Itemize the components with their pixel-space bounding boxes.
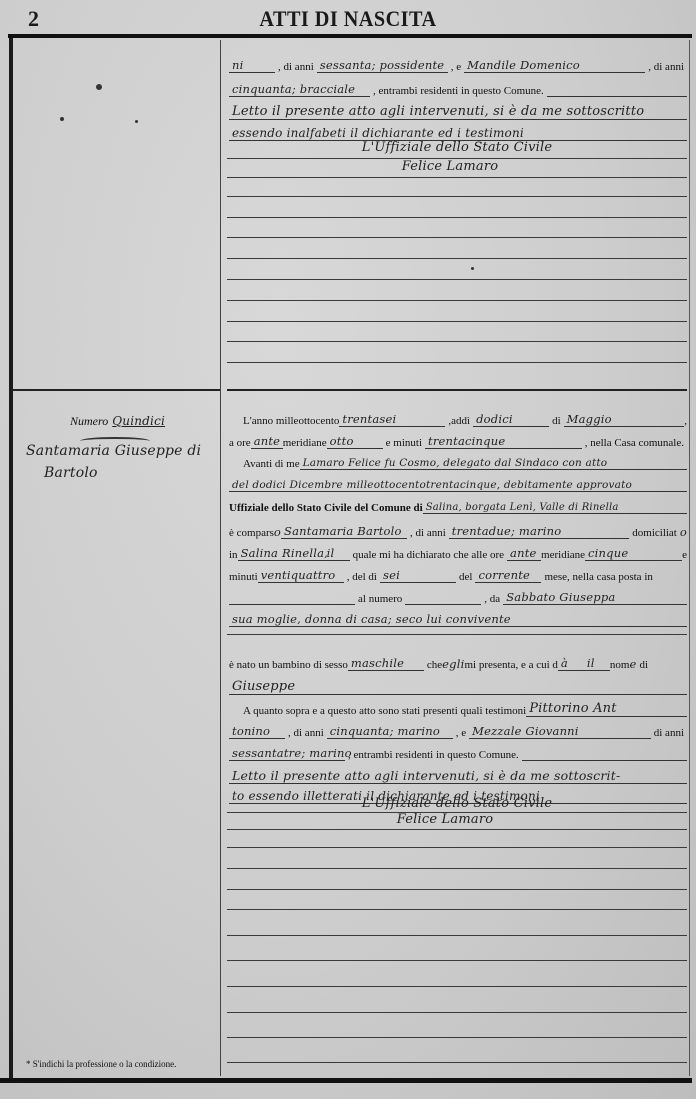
- birth-day-field: sei: [380, 568, 456, 583]
- officer-field: Lamaro Felice fu Cosmo, delegato dal Sin…: [300, 457, 687, 470]
- sex-field: maschile: [348, 656, 424, 671]
- witness2-name: Mandile Domenico: [464, 58, 645, 73]
- label: , e: [453, 727, 469, 739]
- margin-name-line-2: Bartolo: [26, 462, 216, 484]
- record-number: Numero Quindici: [70, 412, 165, 430]
- ruled-line: [227, 868, 687, 869]
- officer-title: L'Uffiziale dello Stato Civile: [227, 796, 687, 811]
- label: L'anno milleottocento: [243, 415, 339, 427]
- blank-fill: [547, 96, 687, 97]
- ruled-line: [227, 829, 687, 830]
- domicile-field: Salina Rinella,: [238, 546, 324, 561]
- prev-fill: ni: [229, 58, 275, 73]
- record-line-10: sua moglie, donna di casa; seco lui conv…: [229, 612, 687, 627]
- month-field: Maggio: [564, 412, 685, 427]
- ruled-line: [227, 986, 687, 987]
- ruled-line: [227, 960, 687, 961]
- witness1-name-field: Pittorino Ant: [526, 701, 687, 717]
- prev-line-1: ni , di anni sessanta; possidente , e Ma…: [229, 58, 687, 73]
- declarant-field: Santamaria Bartolo: [281, 524, 407, 539]
- article-field: il: [324, 546, 350, 561]
- ruled-line: [227, 1012, 687, 1013]
- label: e: [682, 549, 687, 561]
- ampm-field: ante: [251, 434, 283, 449]
- ruled-line: [227, 362, 687, 363]
- comune-field: Salina, borgata Lenì, Valle di Rinella: [423, 502, 687, 514]
- blank-fill: [522, 760, 687, 761]
- house-number-field: [405, 604, 481, 605]
- record-line-8: minuti ventiquattro , del dì sei del cor…: [229, 568, 687, 583]
- label: Uffiziale dello Stato Civile del Comune …: [229, 502, 423, 514]
- ruled-line: [227, 634, 687, 635]
- record-line-4: del dodici Dicembre milleottocentotrenta…: [229, 479, 687, 492]
- label: , di anni: [285, 727, 327, 739]
- prev-officer-name: Felice Lamaro: [220, 159, 680, 174]
- witness2-age-profession: cinquanta; bracciale: [229, 82, 370, 97]
- record-line-14: tonino , di anni cinquanta; marino , e M…: [229, 724, 687, 739]
- ruled-line: [227, 321, 687, 322]
- ruled-line: [227, 847, 687, 848]
- closing-text: Letto il presente atto agli intervenuti,…: [229, 104, 687, 120]
- ruled-line: [227, 177, 687, 178]
- label: minuti: [229, 571, 258, 583]
- label: è nato un bambino di sesso: [229, 659, 348, 671]
- label: di: [637, 659, 652, 671]
- label: a ore: [229, 437, 251, 449]
- witness2-age-field: sessantatre; marino: [229, 746, 345, 761]
- ink-spot: [96, 84, 102, 90]
- witness1-name-cont: tonino: [229, 724, 285, 739]
- label: , nella Casa comunale.: [582, 437, 687, 449]
- record-line-9: al numero , da Sabbato Giuseppa: [229, 590, 687, 605]
- label: al numero: [355, 593, 405, 605]
- footnote: * S'indichi la professione o la condizio…: [26, 1059, 176, 1069]
- closing-text: Letto il presente atto agli intervenuti,…: [229, 768, 687, 784]
- right-border: [689, 40, 690, 1076]
- record-line-5: Uffiziale dello Stato Civile del Comune …: [229, 502, 687, 514]
- numero-label: Numero: [70, 414, 108, 428]
- ruled-line: [227, 1062, 687, 1063]
- label: , di anni: [645, 61, 687, 73]
- witness1-age-field: cinquanta; marino: [327, 724, 453, 739]
- mother-details-field: sua moglie, donna di casa; seco lui conv…: [229, 612, 687, 627]
- record-line-3: Avanti di me Lamaro Felice fu Cosmo, del…: [229, 457, 687, 470]
- year-field: trentasei: [339, 412, 445, 427]
- label: , di anni: [407, 527, 449, 539]
- label: quale mi ha dichiarato che alle ore: [350, 549, 507, 561]
- ruled-line: [227, 935, 687, 936]
- minutes-field: trentacinque: [425, 434, 582, 449]
- ink-spot: [471, 267, 474, 270]
- label: mi presenta, e a cui d: [464, 659, 557, 671]
- birth-month-field: corrente: [475, 568, 541, 583]
- ruled-line: [227, 279, 687, 280]
- record-line-12: Giuseppe: [229, 679, 687, 695]
- label: A quanto sopra e a questo atto sono stat…: [243, 705, 526, 717]
- record-line-15: sessantatre; marino , entrambi residenti…: [229, 746, 687, 761]
- officer-signature: Felice Lamaro: [215, 812, 675, 827]
- label: meridiane: [283, 437, 327, 449]
- closing-text: essendo inalfabeti il dichiarante ed i t…: [229, 126, 687, 141]
- mother-field: Sabbato Giuseppa: [503, 590, 687, 605]
- record-line-2: a ore ante meridiane otto e minuti trent…: [229, 434, 687, 449]
- label: mese, nella casa posta in: [541, 571, 655, 583]
- label: , di anni: [275, 61, 317, 73]
- label: , entrambi residenti in questo Comune.: [370, 85, 547, 97]
- ruled-line: [227, 237, 687, 238]
- register-page: 2 ATTI DI NASCITA ni , di anni sessanta;…: [0, 0, 696, 1099]
- pronoun-field: egli: [442, 657, 464, 671]
- label: Avanti di me: [243, 458, 300, 470]
- bottom-rule: [0, 1078, 692, 1083]
- ruled-line: [227, 217, 687, 218]
- ink-spot: [60, 117, 64, 121]
- label: è compars: [229, 527, 274, 539]
- ruled-line: [227, 909, 687, 910]
- section-divider-left: [13, 389, 220, 391]
- label: , entrambi residenti in questo Comune.: [345, 749, 522, 761]
- prev-officer-title: L'Uffiziale dello Stato Civile: [227, 140, 687, 155]
- label: di: [549, 415, 564, 427]
- suffix: o: [680, 525, 687, 539]
- ink-spot: [135, 120, 138, 123]
- child-name-field: Giuseppe: [229, 679, 687, 695]
- label: , e: [448, 61, 464, 73]
- prev-closing-2: essendo inalfabeti il dichiarante ed i t…: [229, 126, 687, 141]
- label: in: [229, 549, 238, 561]
- section-divider-right: [227, 389, 687, 391]
- record-line-13: A quanto sopra e a questo atto sono stat…: [229, 701, 687, 717]
- label: ,: [684, 415, 687, 427]
- numero-value: Quindici: [112, 414, 165, 428]
- record-line-7: in Salina Rinella, il quale mi ha dichia…: [229, 546, 687, 561]
- ruled-line: [227, 889, 687, 890]
- suffix: e: [629, 657, 636, 671]
- label: e minuti: [383, 437, 425, 449]
- witness2-name-field: Mezzale Giovanni: [469, 724, 651, 739]
- ruled-line: [227, 300, 687, 301]
- record-line-11: è nato un bambino di sesso maschile che …: [229, 656, 687, 671]
- ruled-line: [227, 258, 687, 259]
- street-field: [229, 604, 355, 605]
- birth-hour-field: cinque: [585, 546, 682, 561]
- label: ,addì: [445, 415, 473, 427]
- margin-name-line-1: Santamaria Giuseppe di: [26, 440, 216, 462]
- label: di anni: [651, 727, 687, 739]
- page-title: ATTI DI NASCITA: [28, 6, 668, 32]
- article-field: il: [584, 656, 610, 671]
- delegation-field: del dodici Dicembre milleottocentotrenta…: [229, 479, 687, 492]
- record-line-1: L'anno milleottocento trentasei ,addì do…: [229, 412, 687, 427]
- declarant-age-field: trentadue; marino: [449, 524, 629, 539]
- label: domiciliat: [629, 527, 680, 539]
- ruled-line: [227, 341, 687, 342]
- label: , del dì: [344, 571, 380, 583]
- prev-line-2: cinquanta; bracciale , entrambi resident…: [229, 82, 687, 97]
- ruled-line: [227, 196, 687, 197]
- prev-closing-1: Letto il presente atto agli intervenuti,…: [229, 104, 687, 120]
- left-border: [9, 38, 13, 1078]
- ampm-field: ante: [507, 546, 541, 561]
- column-divider: [220, 40, 221, 1076]
- label: del: [456, 571, 475, 583]
- margin-child-name: Santamaria Giuseppe di Bartolo: [26, 440, 216, 484]
- record-closing-1: Letto il presente atto agli intervenuti,…: [229, 768, 687, 784]
- label: che: [424, 659, 442, 671]
- top-rule: [8, 34, 692, 38]
- day-field: dodici: [473, 412, 549, 427]
- witness1-age-profession: sessanta; possidente: [317, 58, 448, 73]
- record-line-6: è compars o Santamaria Bartolo , di anni…: [229, 524, 687, 539]
- ruled-line: [227, 1037, 687, 1038]
- hour-field: otto: [327, 434, 383, 449]
- birth-minutes-field: ventiquattro: [258, 568, 344, 583]
- label: , da: [481, 593, 503, 605]
- label: nom: [610, 659, 630, 671]
- label: meridiane: [541, 549, 585, 561]
- verb-field: à: [558, 656, 584, 671]
- suffix: o: [274, 525, 281, 539]
